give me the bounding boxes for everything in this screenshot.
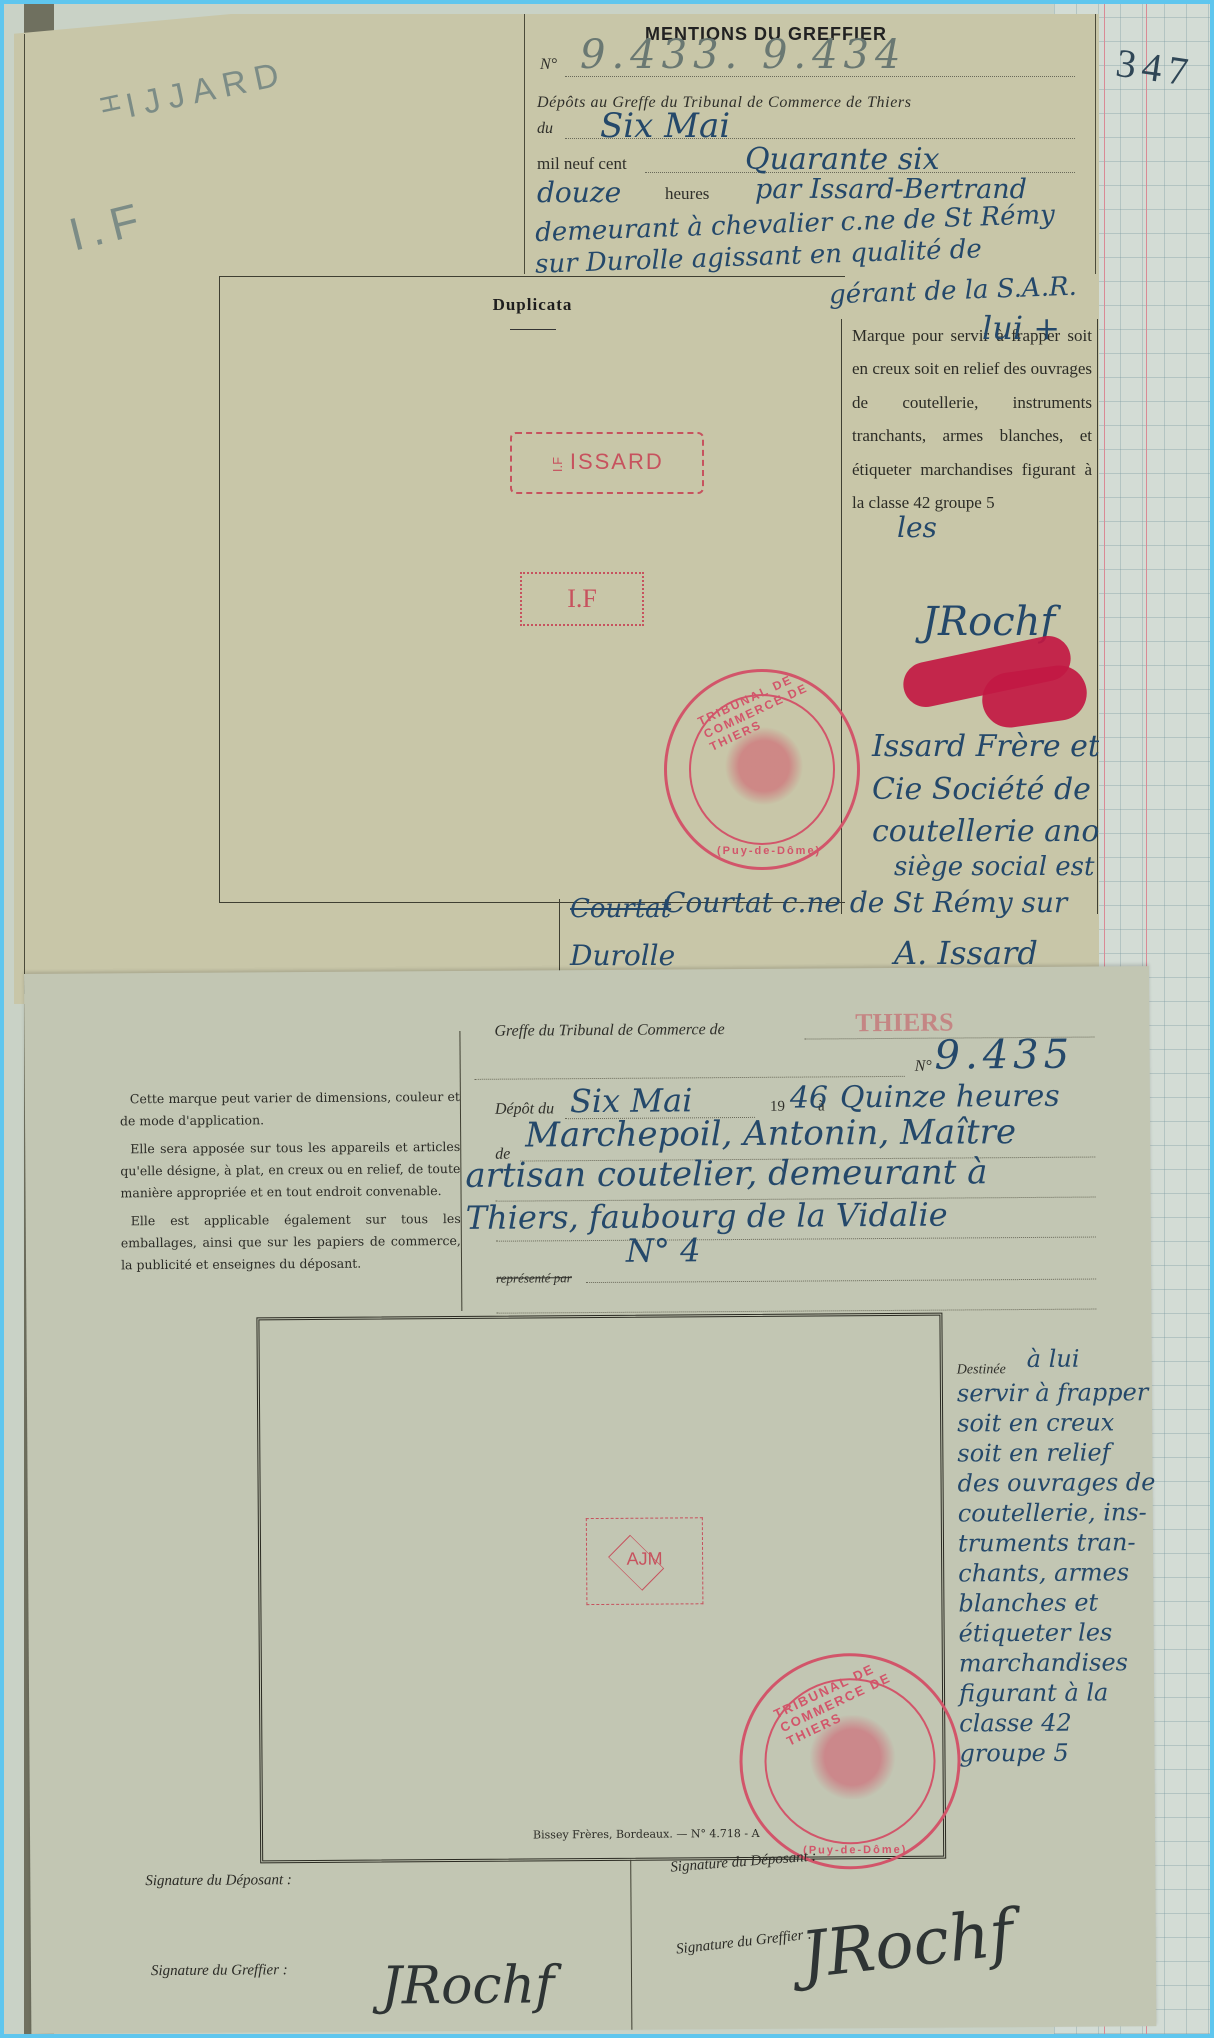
mentions-du-greffier: MENTIONS DU GREFFIER N° 9.433. 9.434 Dép…	[524, 14, 1096, 274]
lower-document: Cette marque peut varier de dimensions, …	[24, 966, 1156, 2034]
numero-value: 9.433. 9.434	[580, 32, 906, 78]
lower-numero-value: 9.435	[934, 1032, 1074, 1079]
pencil-mark-name: HIJJARD	[92, 54, 290, 133]
greffier-signature-left: JRochf	[381, 1955, 555, 2016]
issard-stamp: I.F ISSARD	[510, 432, 704, 494]
greffier-signature-right: JRochf	[797, 1896, 1017, 1993]
notice-text: Cette marque peut varier de dimensions, …	[120, 1086, 461, 1282]
photo-frame: 347 HIJJARD I.F MENTIONS DU GREFFIER N° …	[4, 4, 1210, 2034]
duplicata-title: Duplicata	[220, 295, 845, 315]
du-value: Six Mai	[600, 106, 730, 146]
tribunal-seal-lower: TRIBUNAL DE COMMERCE DE THIERS (Puy-de-D…	[739, 1652, 962, 1870]
tribunal-seal-upper: TRIBUNAL DE COMMERCE DE THIERS (Puy-de-D…	[664, 669, 860, 870]
pencil-mark-initials: I.F	[64, 190, 152, 261]
ajm-stamp: AJM	[586, 1517, 704, 1605]
marque-text: Marque pour servir à frapper soit en cre…	[852, 319, 1092, 519]
year-value: Quarante six	[745, 142, 940, 177]
printer-imprint: Bissey Frères, Bordeaux. — N° 4.718 - A	[533, 1827, 760, 1842]
if-stamp: I.F	[520, 572, 644, 626]
upper-document: HIJJARD I.F MENTIONS DU GREFFIER N° 9.43…	[14, 14, 1099, 1004]
